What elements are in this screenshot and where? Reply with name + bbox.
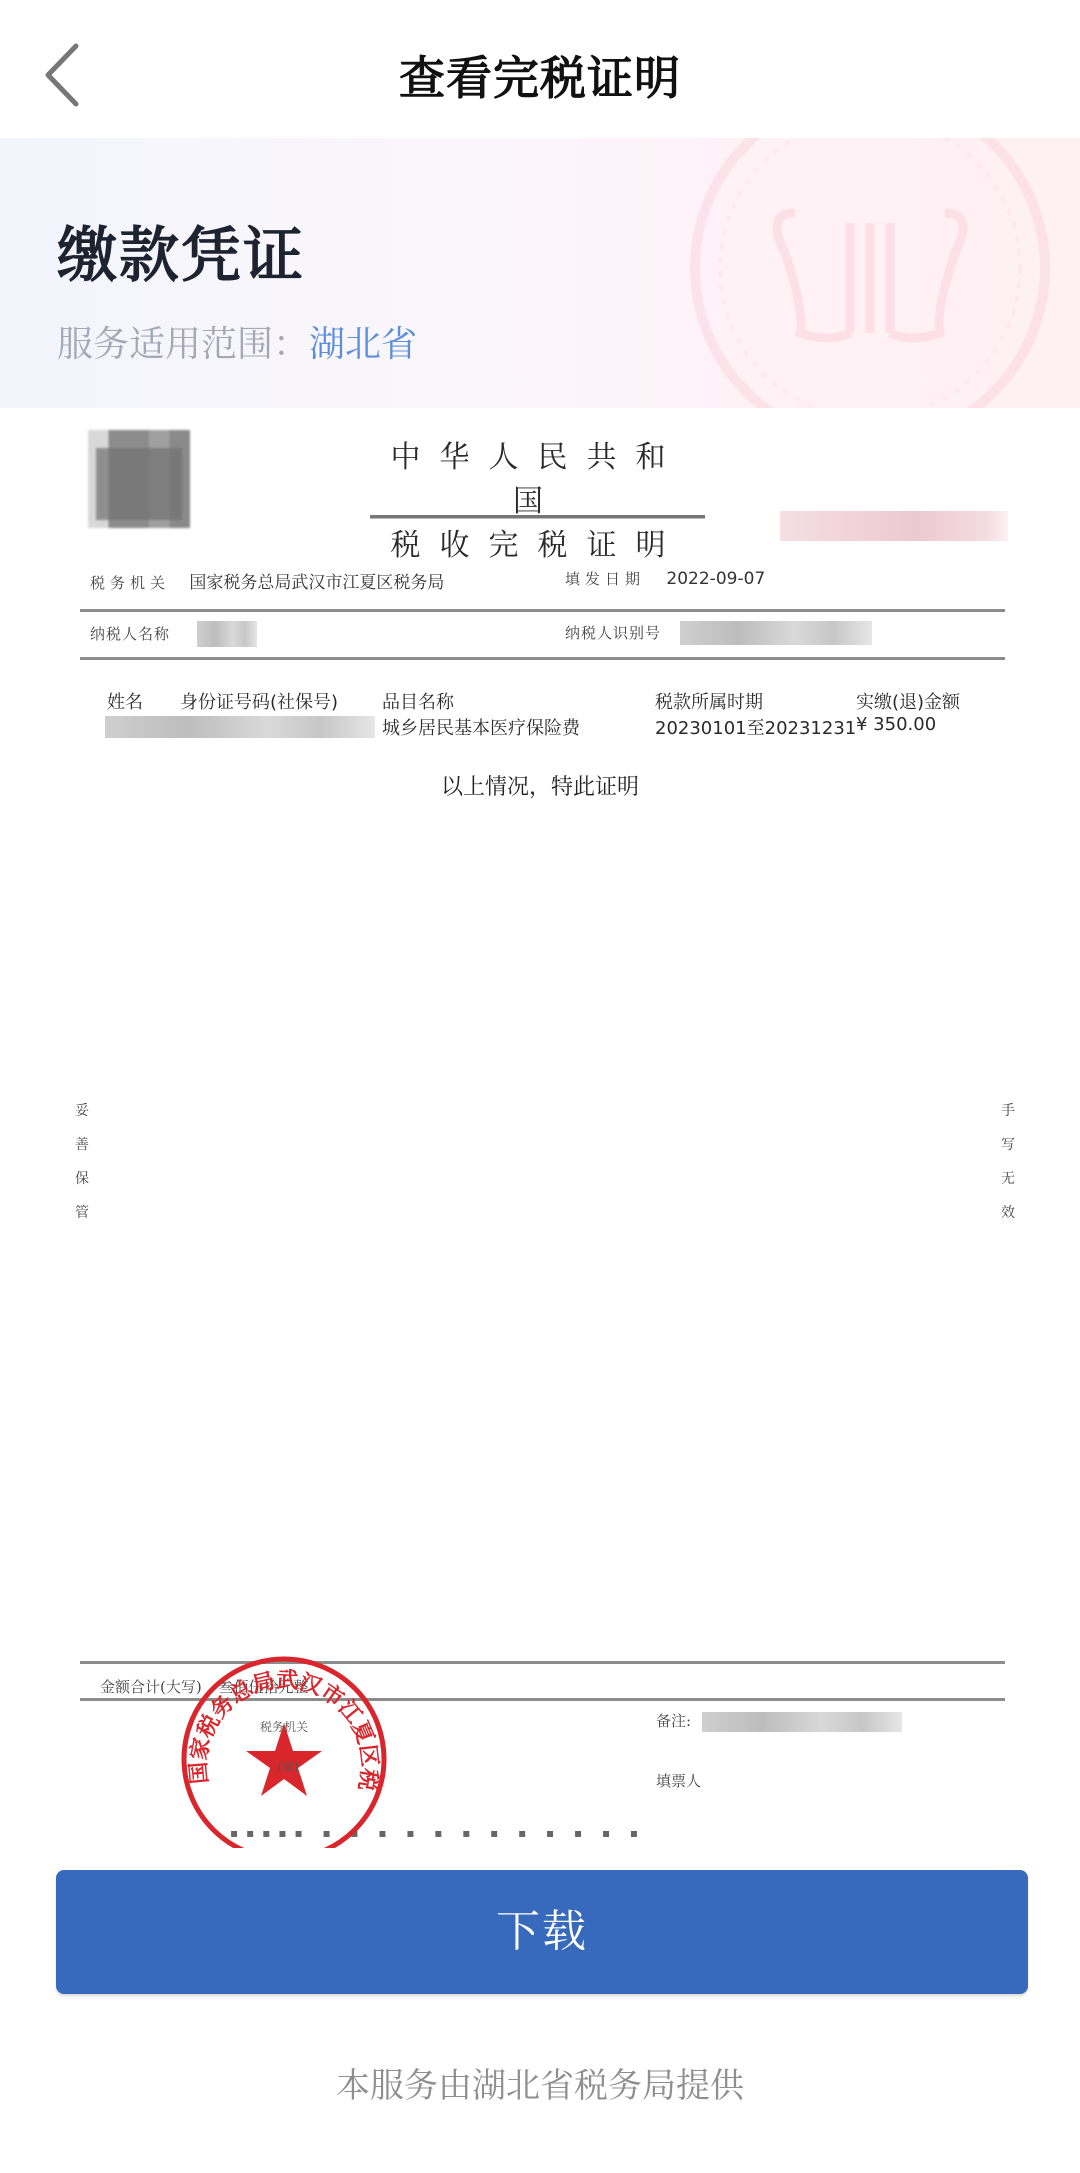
item-name-cell: 城乡居民基本医疗保险费 <box>382 714 580 740</box>
name-id-redacted <box>105 716 375 738</box>
title-underline <box>370 515 705 519</box>
side-char: 手 <box>998 1094 1018 1128</box>
provider-footer: 本服务由湖北省税务局提供 <box>0 2058 1080 2107</box>
service-scope-value: 湖北省 <box>309 324 417 365</box>
col-header-item: 品目名称 <box>382 688 454 714</box>
remark-label: 备注: <box>656 1712 691 1730</box>
side-char: 写 <box>998 1128 1018 1162</box>
seal-inner-text2: (章) <box>277 1759 298 1774</box>
side-char: 妥 <box>72 1094 92 1128</box>
taxpayer-id-row: 纳税人识别号 <box>565 621 872 645</box>
certificate-title-line2: 税收完税证明 <box>370 524 705 568</box>
tax-authority-value: 国家税务总局武汉市江夏区税务局 <box>189 573 444 593</box>
service-scope-label: 服务适用范围： <box>57 324 309 365</box>
taxpayer-name-redacted <box>197 621 257 647</box>
certificate-title-line1: 中华人民共和国 <box>370 436 705 524</box>
nav-bar: 查看完税证明 <box>0 0 1080 140</box>
remark-redacted <box>702 1712 902 1732</box>
tax-authority-label: 税务机关 <box>90 574 170 592</box>
taxpayer-name-label: 纳税人名称 <box>90 625 170 643</box>
issue-date-label: 填发日期 <box>565 570 645 588</box>
qr-code-redacted <box>88 430 190 528</box>
side-char: 善 <box>72 1128 92 1162</box>
side-char: 无 <box>998 1162 1018 1196</box>
filler-label: 填票人 <box>656 1770 701 1791</box>
emblem-watermark-icon <box>665 138 1065 408</box>
col-header-name: 姓名 <box>107 688 143 714</box>
service-scope: 服务适用范围：湖北省 <box>57 316 417 367</box>
taxpayer-id-redacted <box>680 621 872 645</box>
side-note-right: 手 写 无 效 <box>998 1094 1018 1230</box>
issue-date-row: 填发日期 2022-09-07 <box>565 568 765 589</box>
taxpayer-id-label: 纳税人识别号 <box>565 624 661 642</box>
remark-row: 备注: <box>656 1710 902 1732</box>
tax-authority-row: 税务机关 国家税务总局武汉市江夏区税务局 <box>90 568 444 593</box>
official-seal-icon: 国家税务总局武汉市江夏区税务局 税务机关 (章) <box>178 1653 390 1848</box>
side-char: 保 <box>72 1162 92 1196</box>
certify-text: 以上情况，特此证明 <box>0 770 1080 801</box>
amount-cell: ¥ 350.00 <box>856 714 936 735</box>
voucher-title: 缴款凭证 <box>57 208 305 294</box>
download-button[interactable]: 下载 <box>56 1870 1028 1994</box>
taxpayer-name-row: 纳税人名称 <box>90 621 257 647</box>
divider <box>80 609 1005 612</box>
certificate-number-redacted <box>780 511 1008 541</box>
issue-date-value: 2022-09-07 <box>666 569 765 589</box>
side-char: 管 <box>72 1196 92 1230</box>
header-banner: 缴款凭证 服务适用范围：湖北省 <box>0 138 1080 408</box>
certificate-title: 中华人民共和国 税收完税证明 <box>370 436 705 568</box>
table-row <box>105 716 375 738</box>
side-char: 效 <box>998 1196 1018 1230</box>
col-header-period: 税款所属时期 <box>655 688 763 714</box>
side-note-left: 妥 善 保 管 <box>72 1094 92 1230</box>
divider <box>80 657 1005 660</box>
col-header-amount: 实缴(退)金额 <box>856 688 960 714</box>
col-header-id: 身份证号码(社保号) <box>180 688 338 714</box>
period-cell: 20230101至20231231 <box>655 714 856 740</box>
page-title: 查看完税证明 <box>0 42 1080 108</box>
seal-inner-text: 税务机关 <box>260 1719 308 1734</box>
tax-certificate-document: 中华人民共和国 税收完税证明 税务机关 国家税务总局武汉市江夏区税务局 填发日期… <box>0 408 1080 1848</box>
